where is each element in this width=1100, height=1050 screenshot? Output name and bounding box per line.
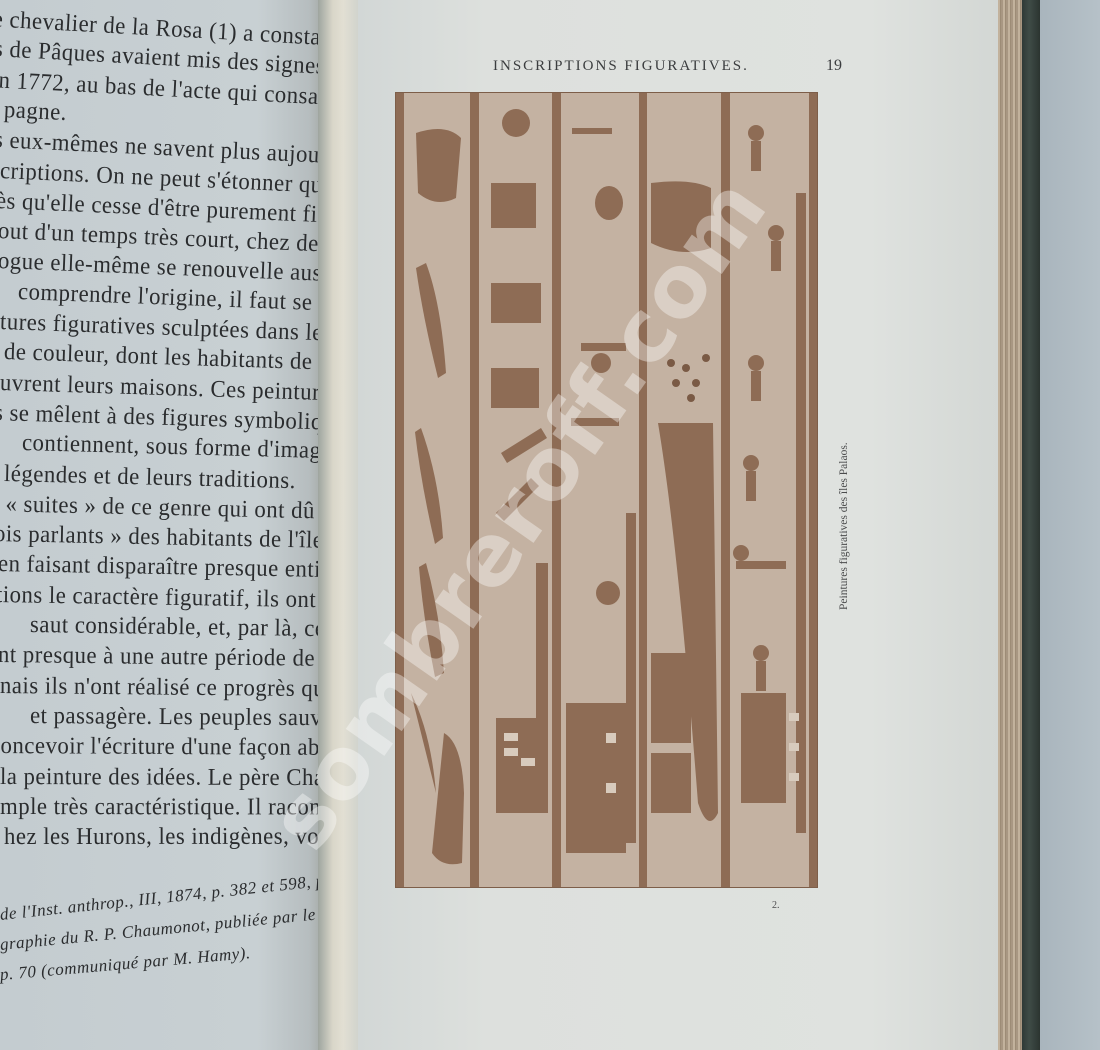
text-line: pagne. <box>3 97 67 127</box>
left-page-text: le chevalier de la Rosa (1) a constatés … <box>0 0 322 1050</box>
text-line: contiennent, sous forme d'images <box>22 430 322 465</box>
page-number: 19 <box>826 57 842 75</box>
text-line: concevoir l'écriture d'une façon abstrai… <box>0 733 322 762</box>
text-line: en faisant disparaître presque entièreme… <box>0 551 322 585</box>
left-page: le chevalier de la Rosa (1) a constatés … <box>0 0 322 1050</box>
background-table <box>1040 0 1100 1050</box>
plate-signature: 2. <box>772 900 780 911</box>
text-line: saut considérable, et, par là, ces <box>30 612 322 643</box>
plate-caption: Peintures figuratives des îles Palaos. <box>838 442 850 610</box>
text-line: nt presque à une autre période de l'hist… <box>0 642 322 674</box>
text-line: légendes et de leurs traditions. <box>4 461 296 495</box>
text-line: tions le caractère figuratif, ils ont fa… <box>0 582 322 615</box>
page-edges <box>996 0 1022 1050</box>
book-cover-edge <box>1022 0 1040 1050</box>
book-photo: le chevalier de la Rosa (1) a constatés … <box>0 0 1100 1050</box>
text-line: hez les Hurons, les indigènes, voulant <box>4 824 322 851</box>
text-line: nais ils n'ont réalisé ce progrès que d'… <box>0 673 322 704</box>
running-head: INSCRIPTIONS FIGURATIVES. <box>493 58 749 75</box>
text-line: et passagère. Les peuples sauvages ne <box>30 703 322 733</box>
book-gutter <box>318 0 360 1050</box>
